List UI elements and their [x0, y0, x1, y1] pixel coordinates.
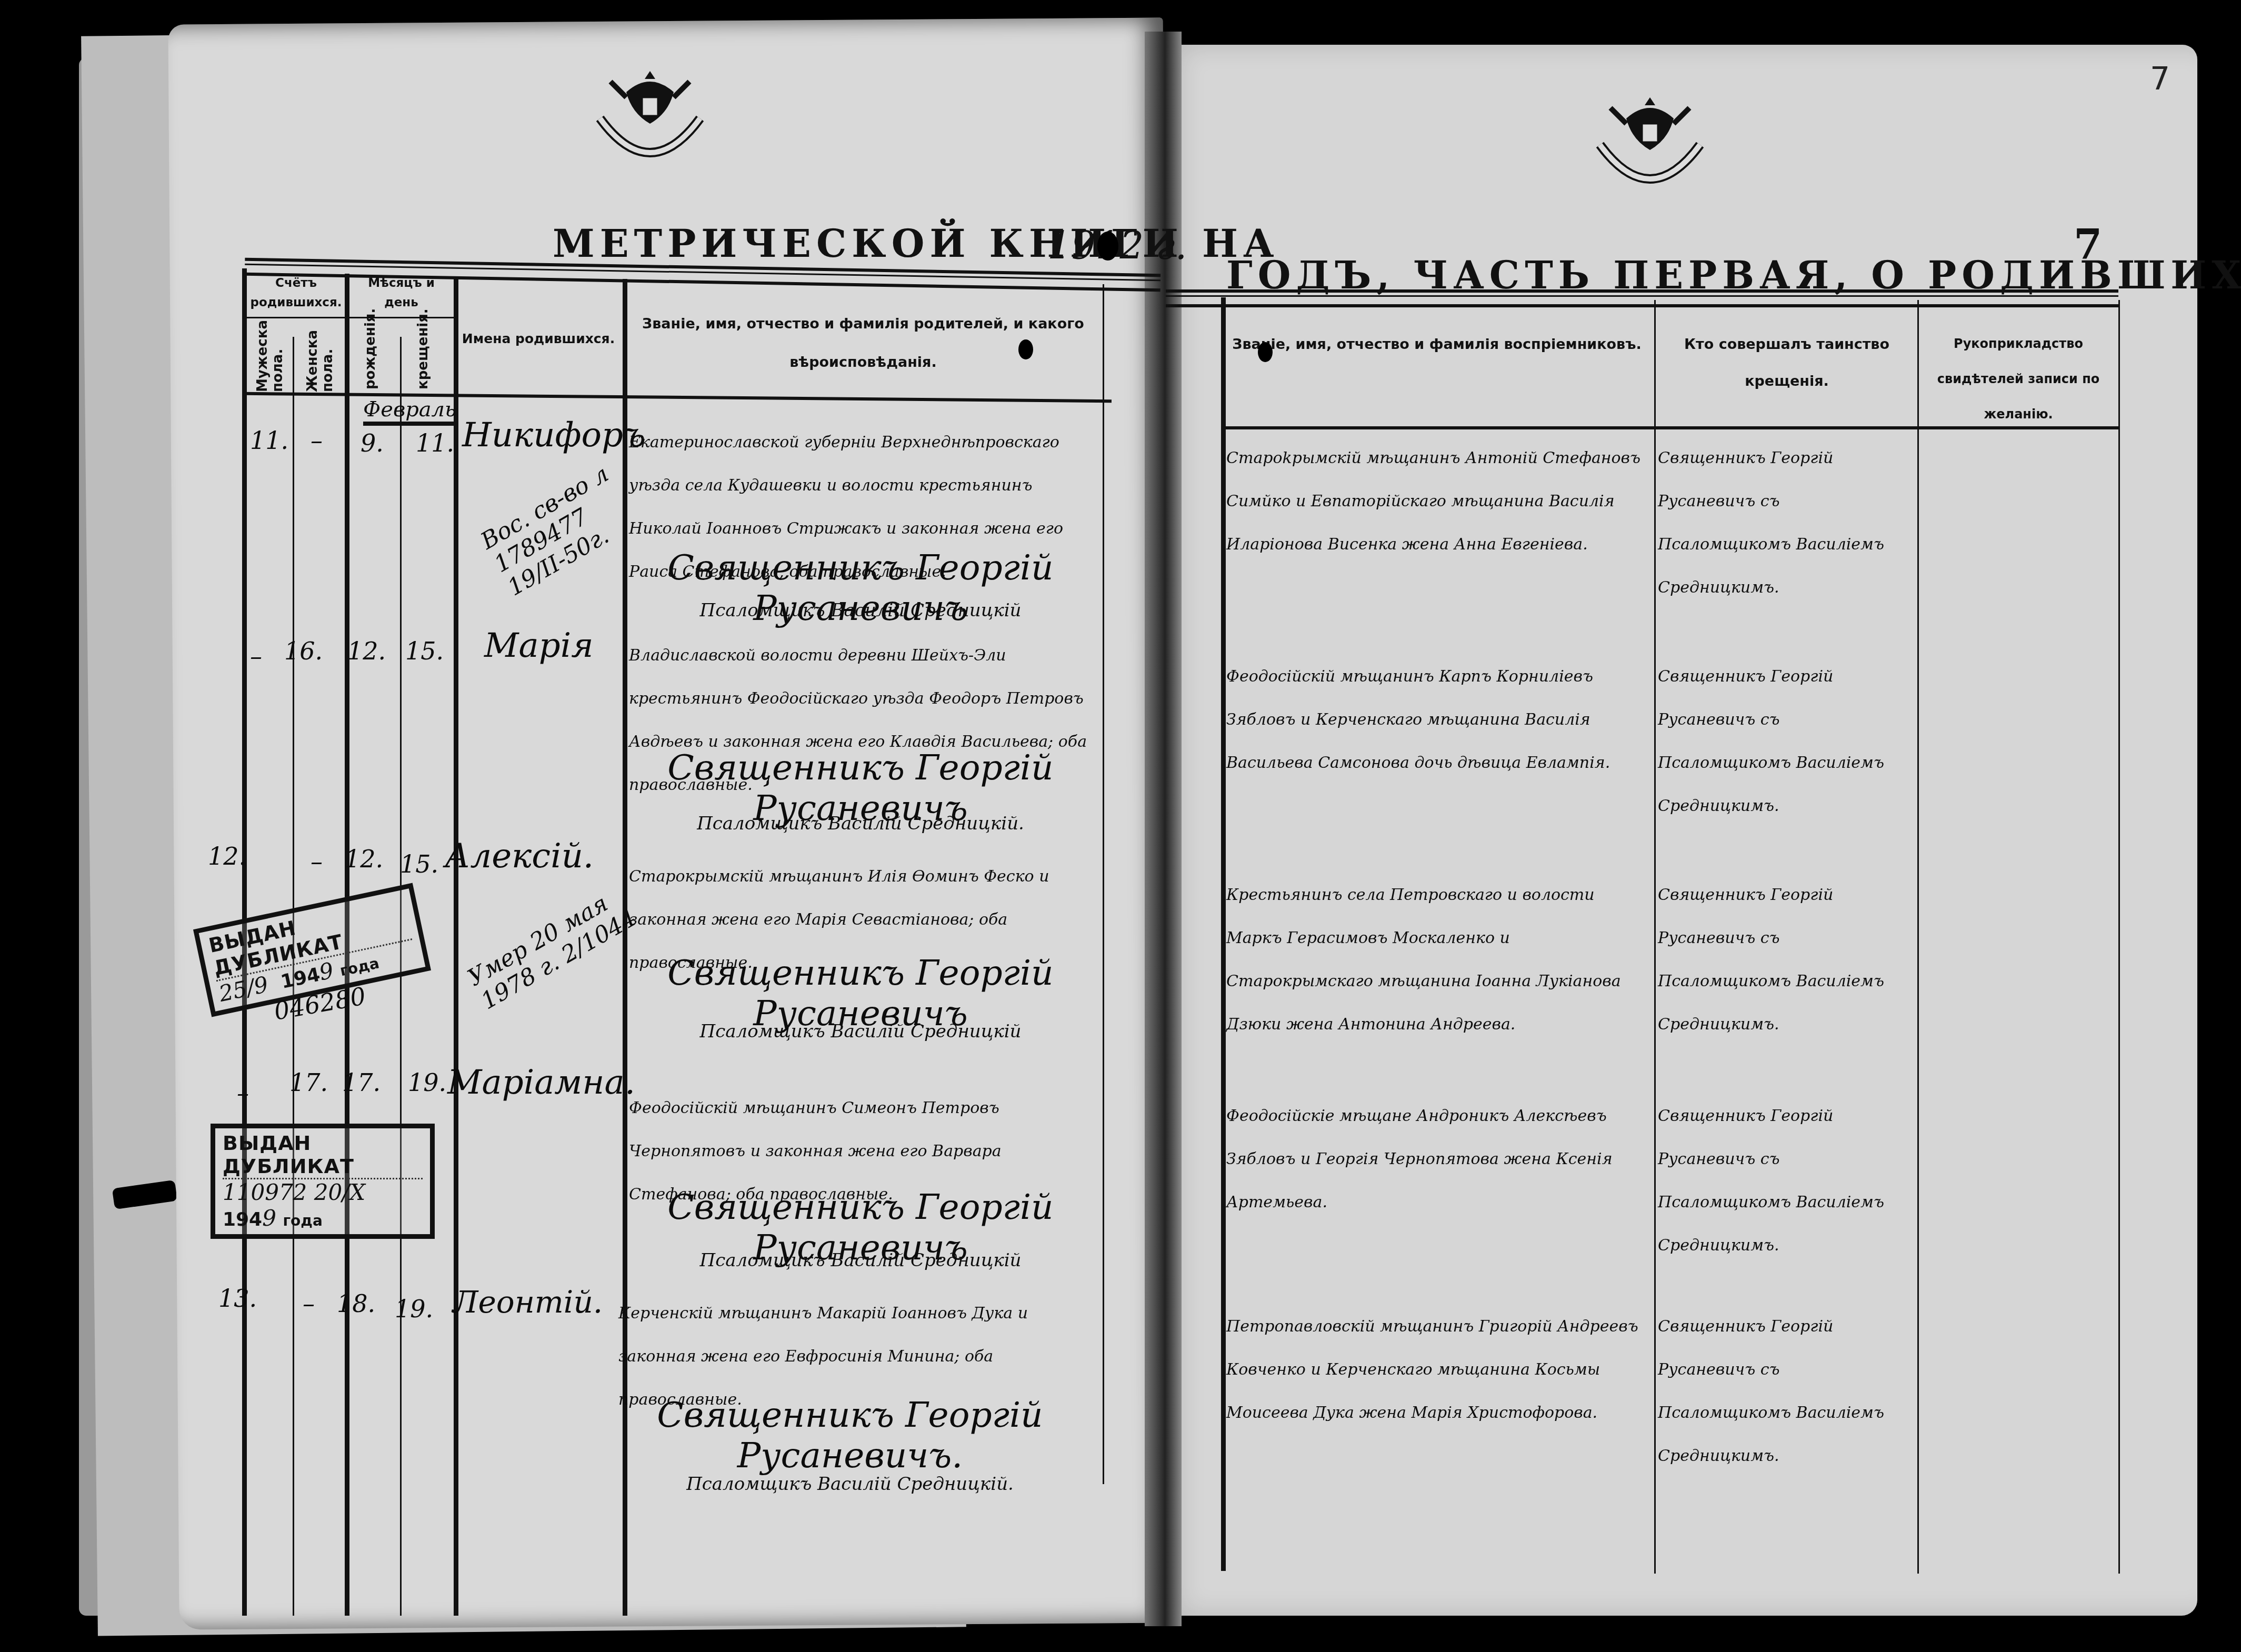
priest-signature: Священникъ Георгій Русаневичъ.: [618, 1395, 1082, 1476]
male-number: 12.: [208, 842, 246, 870]
birth-day: 9.: [361, 429, 384, 457]
header-rule-right: [1166, 289, 2118, 307]
printed-page-number: 7: [2074, 221, 2102, 269]
godparents-text: Староkрымскій мѣщанинъ Антоній Стефановъ…: [1226, 437, 1647, 566]
male-number: –: [237, 1079, 249, 1107]
child-name: Леонтій.: [453, 1284, 603, 1320]
header-officiant: Кто совершалъ таинство крещенія.: [1658, 326, 1916, 400]
header-names: Имена родившихся.: [457, 326, 620, 352]
grid-line: [1221, 297, 1226, 1571]
godparents-text: Петропавловскій мѣщанинъ Григорій Андрее…: [1226, 1305, 1647, 1435]
ink-blot: [1097, 232, 1118, 261]
header-born: рожденія.: [363, 332, 378, 389]
baptism-day: 15.: [405, 637, 444, 665]
child-name: Никифоръ: [462, 416, 646, 455]
double-headed-eagle-icon: [1589, 87, 1710, 197]
header-female: Женска пола.: [305, 324, 335, 392]
child-name: Алексій.: [445, 837, 594, 876]
officiant-text: Священникъ Георгій Русаневичъ съ Псаломщ…: [1658, 1305, 1916, 1478]
baptism-day: 19.: [408, 1068, 446, 1097]
grid-line: [1917, 300, 1919, 1574]
birth-day: 17.: [342, 1068, 381, 1097]
birth-day: 12.: [347, 637, 386, 665]
female-number: 16.: [284, 637, 323, 665]
officiant-text: Священникъ Георгій Русаневичъ съ Псаломщ…: [1658, 874, 1916, 1046]
female-number: –: [303, 1289, 315, 1318]
stamp-year-suffix: 9: [262, 1205, 276, 1231]
psalmist-signature: Псаломщикъ Василій Средницкій.: [629, 813, 1092, 834]
grid-line: [1654, 300, 1656, 1574]
godparents-text: Крестьянинъ села Петровскаго и волости М…: [1226, 874, 1647, 1046]
stamp-year-prefix: 194: [279, 964, 322, 993]
female-number: –: [311, 847, 323, 876]
header-baptized: крещенія.: [416, 332, 431, 389]
header-male: Мужеска пола.: [255, 324, 285, 392]
stamp-suffix: года: [338, 954, 381, 979]
archive-page-number: 7: [2150, 61, 2170, 97]
stamp-number: 110972 20/X: [223, 1179, 365, 1205]
officiant-text: Священникъ Георгій Русаневичъ съ Псаломщ…: [1658, 655, 1916, 828]
male-number: 13.: [218, 1284, 257, 1313]
grid-line: [1103, 284, 1104, 1484]
baptism-day: 11.: [416, 429, 454, 457]
duplicate-issued-stamp: ВЫДАН ДУБЛИКАТ 110972 20/X 1949 года: [211, 1124, 435, 1239]
grid-line: [2118, 300, 2120, 1574]
stamp-year-prefix: 194: [223, 1209, 262, 1230]
officiant-text: Священникъ Георгій Русаневичъ съ Псаломщ…: [1658, 1095, 1916, 1267]
godparents-text: Феодосійскіе мѣщане Андроникъ Алексѣевъ …: [1226, 1095, 1647, 1224]
header-witness-signatures: Рукоприкладство свидѣтелей записи по жел…: [1921, 326, 2116, 433]
birth-day: 12.: [345, 845, 383, 873]
baptism-day: 19.: [395, 1295, 433, 1323]
header-month-day: Мѣсяцъ и день: [350, 274, 453, 313]
header-birth-count: Счётъ родившихся.: [247, 274, 345, 313]
psalmist-signature: Псаломщикъ Василій Средницкій: [629, 600, 1092, 621]
officiant-text: Священникъ Георгій Русаневичъ съ Псаломщ…: [1658, 437, 1916, 609]
godparents-text: Феодосійскій мѣщанинъ Карпъ Корнилiевъ З…: [1226, 655, 1647, 785]
ink-blot: [1258, 342, 1273, 362]
book-gutter: [1145, 32, 1182, 1626]
psalmist-signature: Псаломщикъ Василій Средницкій.: [618, 1474, 1082, 1495]
baptism-day: 15.: [400, 850, 438, 878]
female-number: –: [311, 426, 323, 455]
psalmist-signature: Псаломщикъ Василій Средницкій: [629, 1021, 1092, 1042]
month-label: Февраль: [363, 397, 456, 426]
grid-line: [454, 276, 458, 1616]
male-number: 11.: [250, 426, 288, 455]
stamp-suffix: года: [283, 1212, 322, 1229]
header-godparents: Званіе, имя, отчество и фамилія воспріем…: [1226, 326, 1647, 363]
male-number: –: [250, 642, 262, 670]
birth-day: 18.: [337, 1289, 375, 1318]
ink-blot: [1018, 339, 1033, 359]
child-name: Маріамна.: [447, 1063, 635, 1102]
psalmist-signature: Псаломщикъ Василій Средницкій: [629, 1250, 1092, 1271]
female-number: 17.: [289, 1068, 328, 1097]
double-headed-eagle-icon: [589, 61, 711, 171]
stamp-date-line: 110972 20/X 1949 года: [223, 1178, 423, 1231]
stamp-title: ВЫДАН ДУБЛИКАТ: [223, 1132, 423, 1178]
child-name: Марія: [484, 626, 594, 665]
